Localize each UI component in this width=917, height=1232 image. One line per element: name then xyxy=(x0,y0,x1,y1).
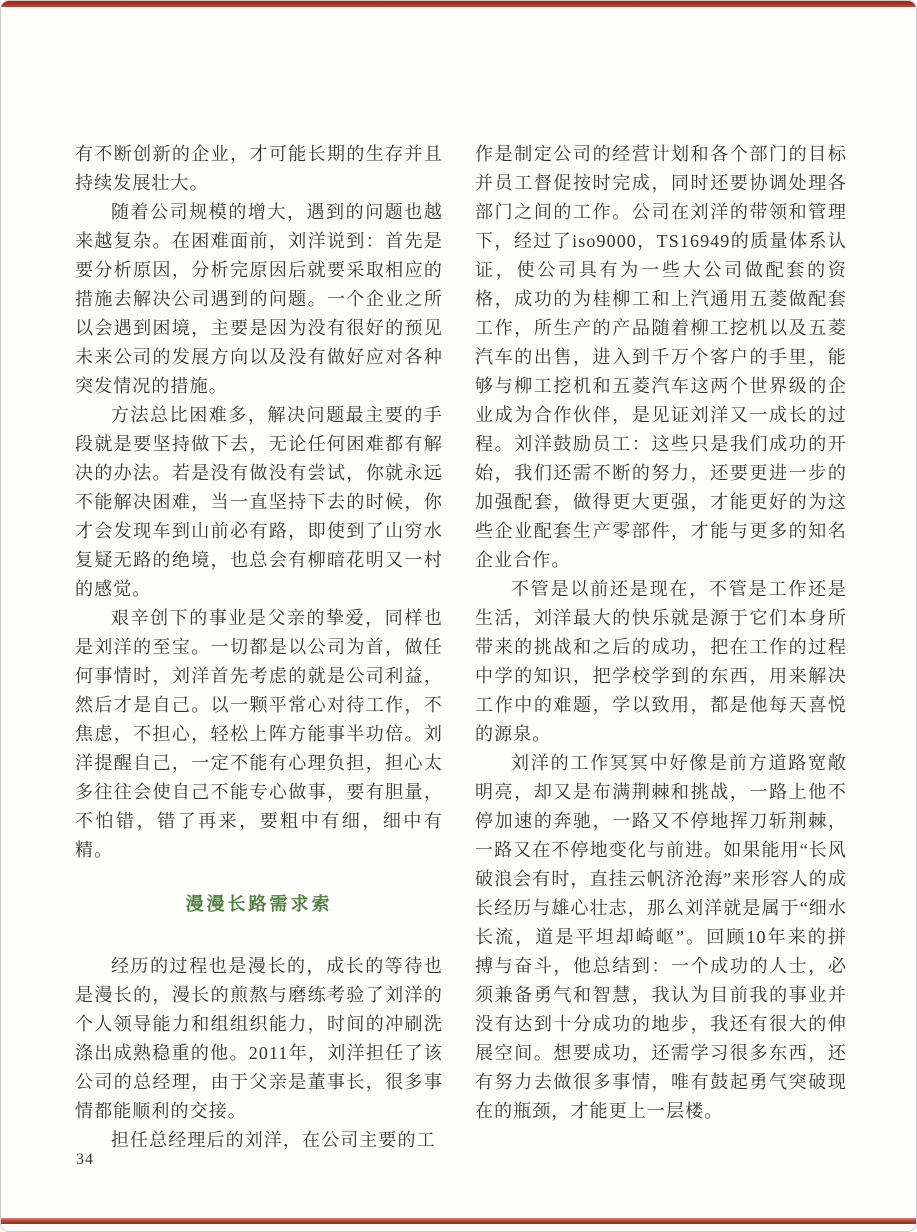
section-heading: 漫漫长路需求索 xyxy=(75,890,443,919)
body-paragraph: 不管是以前还是现在，不管是工作还是生活，刘洋最大的快乐就是源于它们本身所带来的挑… xyxy=(475,575,847,749)
body-paragraph: 经历的过程也是漫长的，成长的等待也是漫长的，漫长的煎熬与磨练考验了刘洋的个人领导… xyxy=(75,952,443,1126)
body-paragraph: 有不断创新的企业，才可能长期的生存并且持续发展壮大。 xyxy=(75,140,443,198)
body-paragraph: 艰辛创下的事业是父亲的挚爱，同样也是刘洋的至宝。一切都是以公司为首，做任何事情时… xyxy=(75,604,443,865)
body-paragraph: 担任总经理后的刘洋，在公司主要的工 xyxy=(75,1126,443,1155)
page-number: 34 xyxy=(76,1151,94,1169)
top-rule xyxy=(1,1,916,7)
body-paragraph: 方法总比困难多，解决问题最主要的手段就是要坚持做下去，无论任何困难都有解决的办法… xyxy=(75,401,443,604)
text-column-right: 作是制定公司的经营计划和各个部门的目标并员工督促按时完成，同时还要协调处理各部门… xyxy=(475,140,847,1126)
magazine-page: 有不断创新的企业，才可能长期的生存并且持续发展壮大。 随着公司规模的增大，遇到的… xyxy=(0,0,917,1232)
bottom-rule xyxy=(1,1218,916,1224)
body-paragraph: 作是制定公司的经营计划和各个部门的目标并员工督促按时完成，同时还要协调处理各部门… xyxy=(475,140,847,575)
body-paragraph: 刘洋的工作冥冥中好像是前方道路宽敞明亮，却又是布满荆棘和挑战，一路上他不停加速的… xyxy=(475,749,847,1126)
body-paragraph: 随着公司规模的增大，遇到的问题也越来越复杂。在困难面前，刘洋说到：首先是要分析原… xyxy=(75,198,443,401)
text-column-left: 有不断创新的企业，才可能长期的生存并且持续发展壮大。 随着公司规模的增大，遇到的… xyxy=(75,140,443,1155)
